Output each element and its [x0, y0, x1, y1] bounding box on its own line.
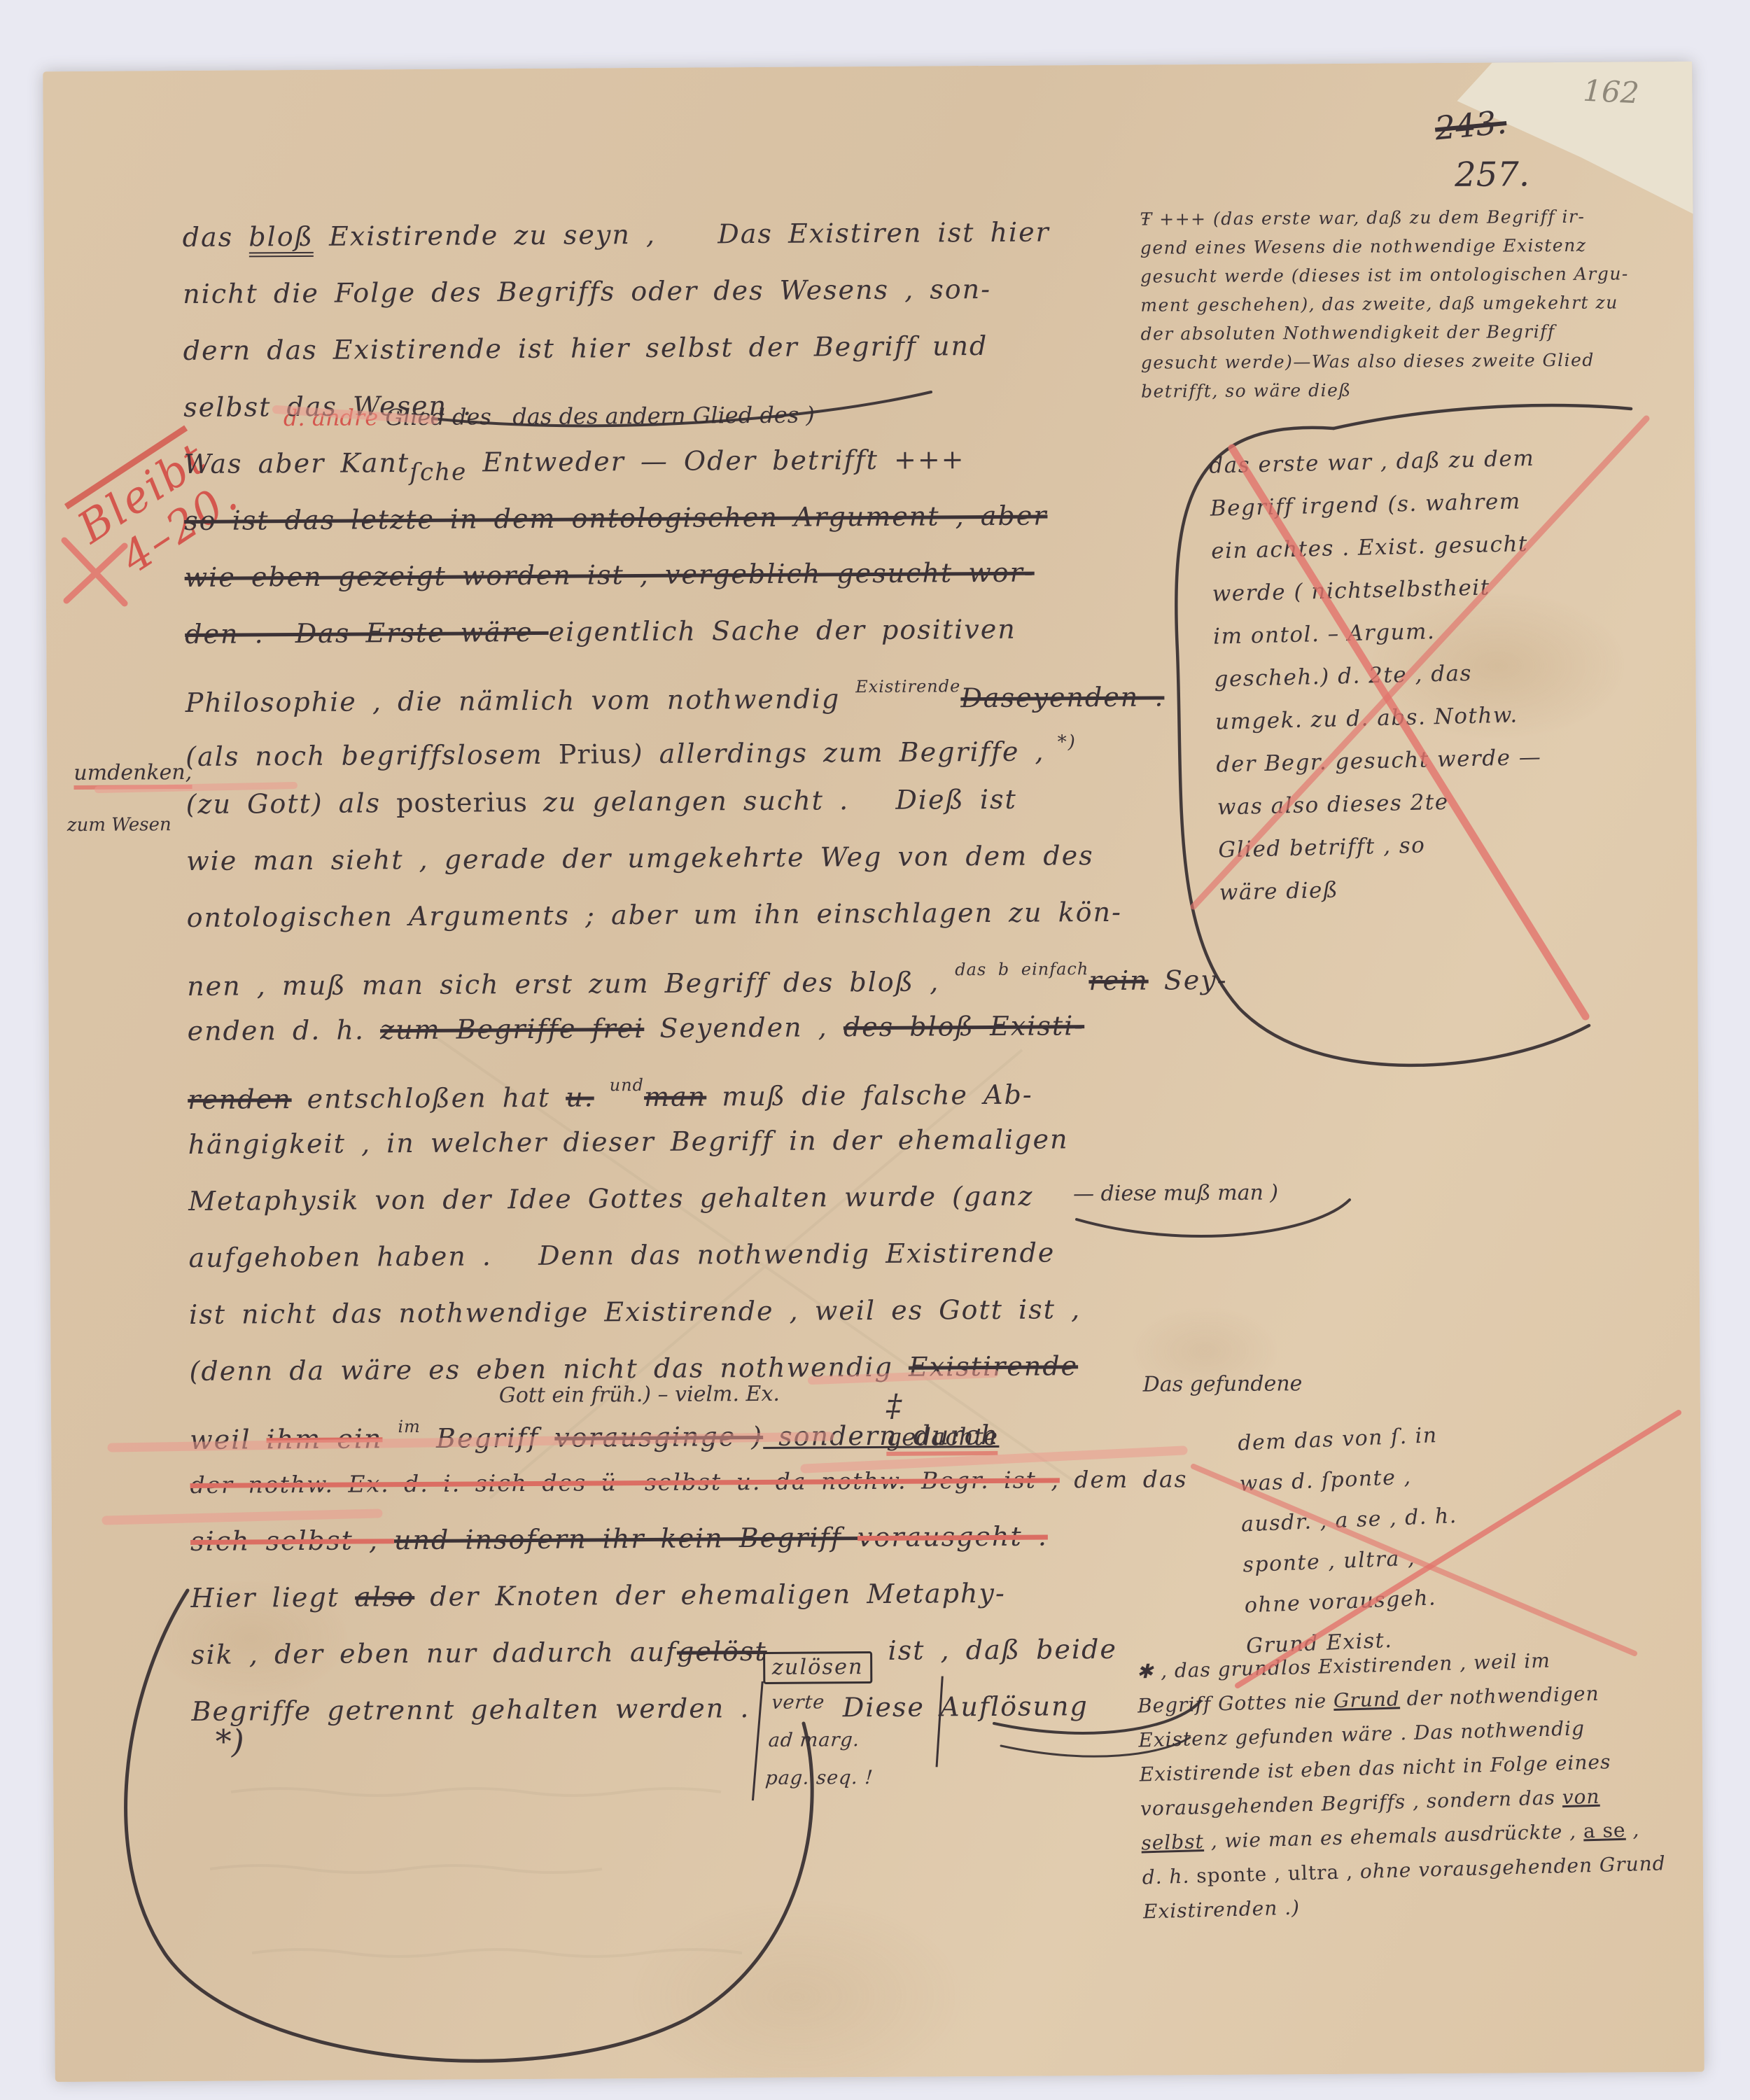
manuscript-scan: { "page": { "corner_number": "162", "old…: [0, 0, 1750, 2100]
manuscript-line: Begriffe getrennt gehalten werden . Dies…: [191, 1677, 1227, 1740]
margin-note-right-top: Ŧ +++ (das erste war, daß zu dem Begriff…: [1140, 202, 1701, 406]
verte-note: verte ad marg. pag. seq. !: [752, 1681, 891, 1800]
boxed-correction: zulösen: [763, 1651, 873, 1683]
manuscript-line: (zu Gott) als posterius zu gelangen such…: [185, 770, 1221, 833]
manuscript-line: ontologischen Arguments ; aber um ihn ei…: [186, 883, 1222, 946]
manuscript-line: wie man sieht , gerade der umgekehrte We…: [186, 827, 1222, 890]
manuscript-line: Was aber Kantſche Entweder — Oder betrif…: [183, 430, 1219, 493]
footnote-block: ✱ , das grundlos Existirenden , weil im …: [1136, 1639, 1731, 1929]
interline-gefundene: Das gefundene: [1143, 1371, 1303, 1396]
interline-diese-muss-man: — diese muß man ): [1073, 1180, 1278, 1206]
manuscript-line-struck: so ist das letzte in dem ontologischen A…: [184, 486, 1220, 549]
manuscript-line: hängigkeit , in welcher dieser Begriff i…: [188, 1110, 1224, 1173]
manuscript-line: selbst das Wesen .: [183, 373, 1219, 436]
margin-note-right-crossed: das erste war , daß zu dem Begriff irgen…: [1209, 435, 1668, 915]
manuscript-line: nen , muß man sich erst zum Begriff des …: [187, 940, 1223, 1003]
manuscript-line: sik , der eben nur dadurch aufgelöstzulö…: [191, 1620, 1227, 1683]
manuscript-line: nicht die Folge des Begriffs oder des We…: [183, 260, 1219, 323]
manuscript-line: Metaphysik von der Idee Gottes gehalten …: [188, 1167, 1224, 1230]
interline-gedachte: ‡ gedachte: [856, 1359, 998, 1480]
manuscript-line: enden d. h. zum Begriffe frei Seyenden ,…: [187, 997, 1223, 1060]
manuscript-line: renden entschloßen hat u. undman muß die…: [188, 1053, 1224, 1116]
manuscript-line: der nothw. Ex. d. i. sich des ü– selbst …: [190, 1450, 1226, 1513]
manuscript-line: (als noch begriffslosem Prius) allerding…: [185, 713, 1221, 776]
footnote-mark: *): [216, 1723, 244, 1760]
manuscript-line: ist nicht das nothwendige Existirende , …: [189, 1280, 1225, 1343]
page-number: 257.: [1455, 155, 1529, 195]
margin-note-zum-wesen: zum Wesen: [67, 814, 171, 836]
manuscript-page: 243. 257. 162 Bleibt 4–20. umdenken, zum…: [43, 62, 1704, 2082]
corner-folio-number: 162: [1582, 73, 1639, 111]
manuscript-line: aufgehoben haben . Denn das nothwendig E…: [188, 1224, 1224, 1287]
old-page-number: 243.: [1433, 103, 1508, 147]
manuscript-line: den . Das Erste wäre eigentlich Sache de…: [185, 600, 1221, 663]
aside-draft-crossed: dem das von ſ. in was d. ſponte , ausdr.…: [1237, 1408, 1639, 1667]
dagger-mark: ‡: [886, 1388, 902, 1424]
manuscript-line: Philosophie , die nämlich vom nothwendig…: [185, 657, 1221, 720]
manuscript-line-struck: wie eben gezeigt worden ist , vergeblich…: [184, 543, 1220, 606]
manuscript-line: dern das Existirende ist hier selbst der…: [183, 316, 1219, 379]
main-text-block: das bloß Existirende zu seyn , Das Exist…: [182, 203, 1227, 1740]
manuscript-line: sich selbst , und insofern ihr kein Begr…: [190, 1507, 1226, 1570]
margin-note-umdenken: umdenken,: [73, 760, 192, 790]
manuscript-line: Hier liegt also der Knoten der ehemalige…: [190, 1564, 1226, 1627]
manuscript-line: das bloß Existirende zu seyn , Das Exist…: [182, 203, 1218, 266]
interline-gott-frueh: Gott ein früh.) – vielm. Ex.: [499, 1382, 780, 1408]
